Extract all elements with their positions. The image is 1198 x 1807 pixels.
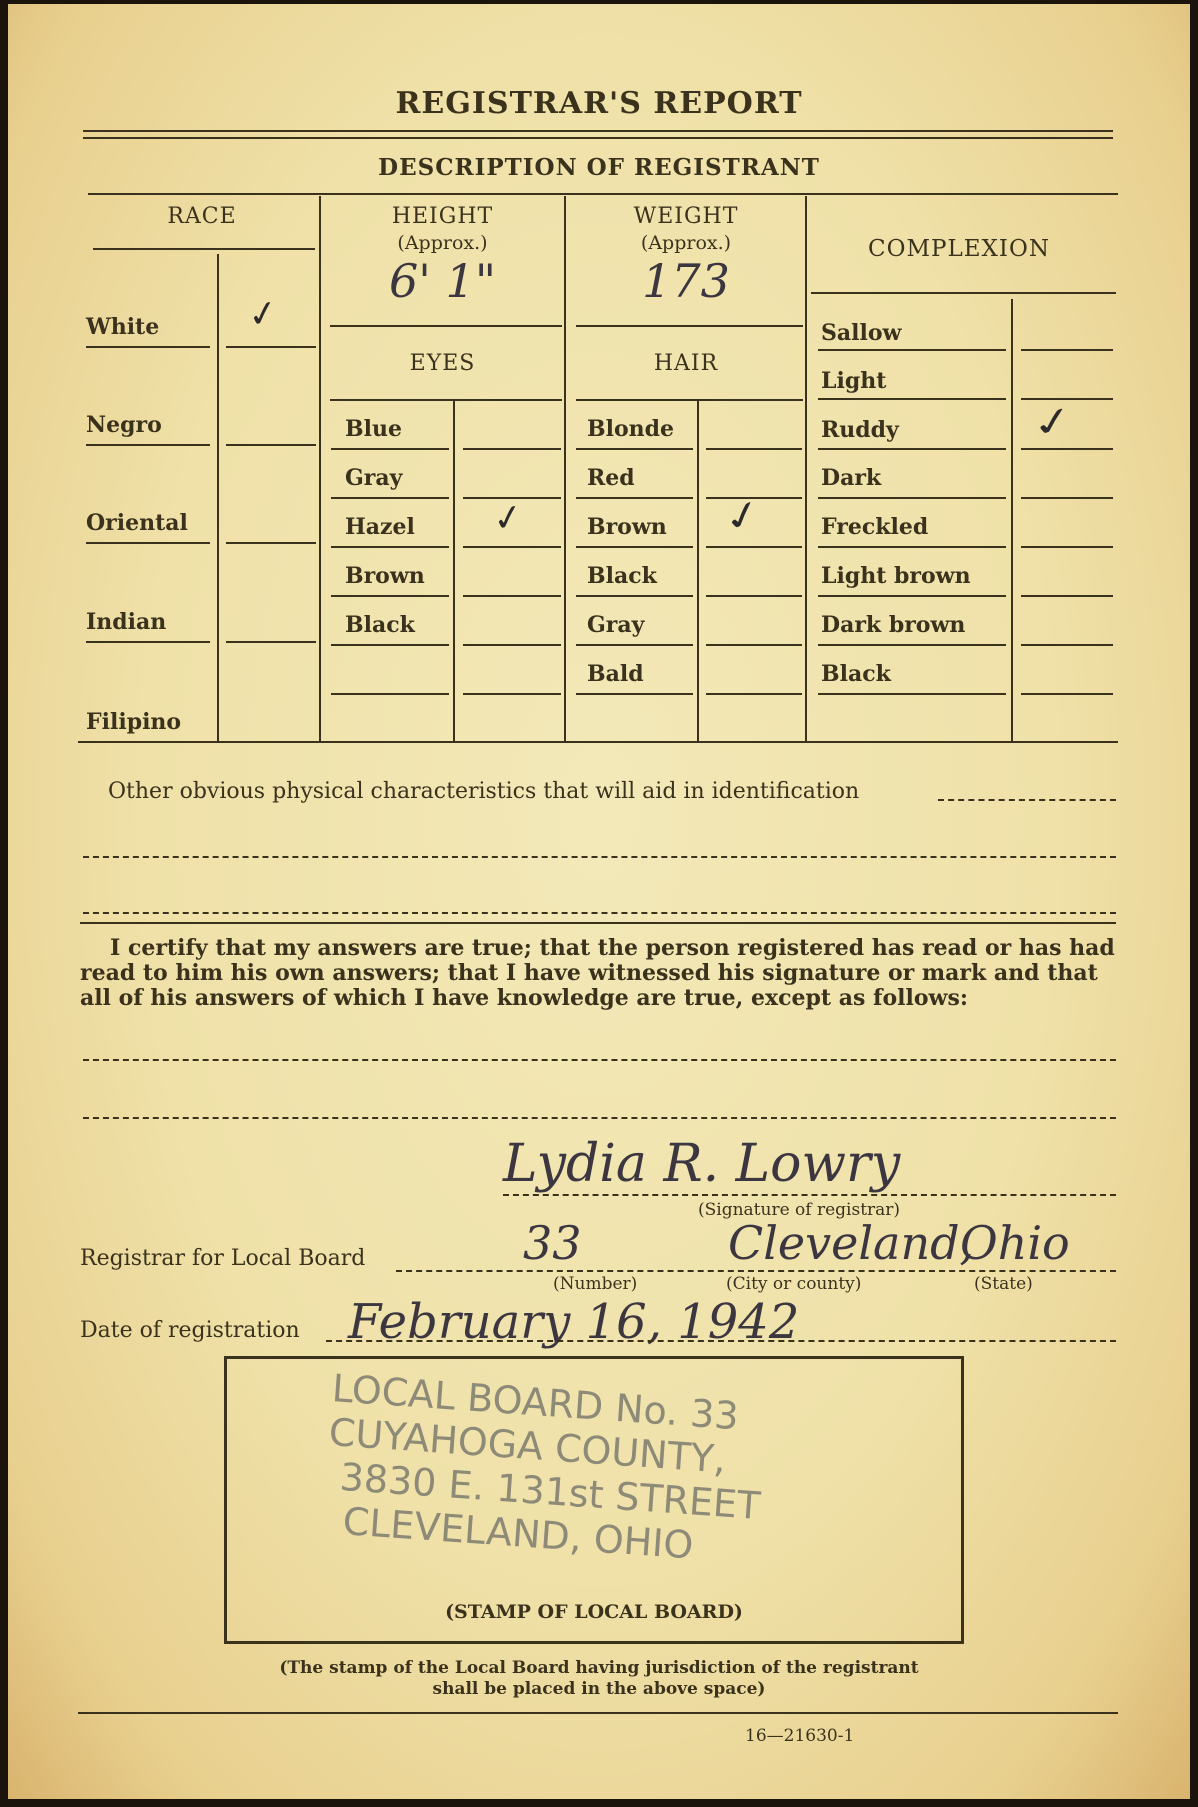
weight-rule bbox=[576, 325, 803, 327]
form-number: 16—21630-1 bbox=[745, 1726, 854, 1746]
race-option-negro: Negro bbox=[86, 412, 162, 438]
race-check-white[interactable]: ✓ bbox=[245, 292, 282, 338]
table-bottom-rule bbox=[78, 741, 1118, 743]
race-check-indian[interactable] bbox=[226, 641, 316, 643]
complexion-check-freckled[interactable] bbox=[1021, 546, 1113, 548]
height-heading: HEIGHT(Approx.) bbox=[321, 204, 564, 256]
hair-heading: HAIR bbox=[566, 351, 806, 377]
eyes-option-black: Black bbox=[345, 612, 415, 638]
other-characteristics-label: Other obvious physical characteristics t… bbox=[108, 779, 859, 804]
complexion-option-freckled: Freckled bbox=[821, 514, 928, 540]
race-heading: RACE bbox=[88, 204, 316, 230]
complexion-check-dark[interactable] bbox=[1021, 497, 1113, 499]
race-option-oriental: Oriental bbox=[86, 510, 188, 536]
other-characteristics-field[interactable] bbox=[938, 799, 1116, 801]
other-characteristics-line-3[interactable] bbox=[83, 912, 1116, 914]
stamp-caption: (STAMP OF LOCAL BOARD) bbox=[227, 1601, 961, 1623]
local-board-state[interactable]: Ohio bbox=[960, 1216, 1070, 1270]
race-heading-rule bbox=[93, 248, 315, 250]
exceptions-line-1[interactable] bbox=[83, 1059, 1116, 1061]
registration-card: REGISTRAR'S REPORT DESCRIPTION OF REGIST… bbox=[8, 4, 1190, 1799]
city-caption: (City or county) bbox=[726, 1274, 861, 1294]
divider-race-check bbox=[217, 254, 219, 741]
hair-check-gray[interactable] bbox=[706, 644, 802, 646]
eyes-heading: EYES bbox=[321, 351, 564, 377]
race-option-white: White bbox=[86, 314, 159, 340]
signature-line bbox=[503, 1194, 1116, 1196]
eyes-check-brown[interactable] bbox=[463, 595, 561, 597]
page-title: REGISTRAR'S REPORT bbox=[8, 86, 1190, 121]
weight-value[interactable]: 173 bbox=[566, 254, 806, 308]
hair-check-bald[interactable] bbox=[706, 693, 802, 695]
hair-option-gray: Gray bbox=[587, 612, 644, 638]
hair-option-red: Red bbox=[587, 465, 635, 491]
complexion-option-ruddy: Ruddy bbox=[821, 417, 899, 443]
complexion-check-black[interactable] bbox=[1021, 693, 1113, 695]
height-rule bbox=[330, 325, 562, 327]
complexion-check-sallow[interactable] bbox=[1021, 349, 1113, 351]
title-rule-bottom bbox=[83, 137, 1113, 139]
section-rule bbox=[80, 922, 1116, 924]
section-subtitle: DESCRIPTION OF REGISTRANT bbox=[8, 154, 1190, 181]
local-board-city[interactable]: Cleveland, bbox=[728, 1216, 974, 1270]
complexion-heading-rule bbox=[811, 292, 1116, 294]
race-option-indian: Indian bbox=[86, 609, 166, 635]
eyes-option-brown: Brown bbox=[345, 563, 425, 589]
eyes-check-hazel[interactable]: ✓ bbox=[490, 496, 527, 542]
registrar-signature[interactable]: Lydia R. Lowry bbox=[503, 1134, 900, 1194]
divider-eyes-check bbox=[453, 401, 455, 741]
title-rule-top bbox=[83, 130, 1113, 132]
complexion-option-sallow: Sallow bbox=[821, 320, 901, 346]
hair-option-blonde: Blonde bbox=[587, 416, 674, 442]
hair-check-black[interactable] bbox=[706, 595, 802, 597]
complexion-check-ruddy[interactable]: ✓ bbox=[1027, 397, 1078, 448]
eyes-check-black[interactable] bbox=[463, 644, 561, 646]
hair-option-brown: Brown bbox=[587, 514, 667, 540]
table-top-rule bbox=[88, 193, 1118, 195]
eyes-heading-rule bbox=[330, 399, 562, 401]
height-value[interactable]: 6' 1" bbox=[321, 254, 564, 308]
stamp-note: (The stamp of the Local Board having jur… bbox=[8, 1658, 1190, 1700]
race-check-negro[interactable] bbox=[226, 444, 316, 446]
divider-hair-check bbox=[697, 401, 699, 741]
number-caption: (Number) bbox=[553, 1274, 637, 1294]
local-board-number[interactable]: 33 bbox=[523, 1216, 582, 1270]
hair-option-black: Black bbox=[587, 563, 657, 589]
stamp-impression: LOCAL BOARD No. 33 CUYAHOGA COUNTY, 3830… bbox=[321, 1366, 767, 1572]
divider-complexion-check bbox=[1011, 299, 1013, 741]
local-board-line bbox=[396, 1270, 1116, 1272]
state-caption: (State) bbox=[974, 1274, 1033, 1294]
complexion-option-dark-brown: Dark brown bbox=[821, 612, 965, 638]
hair-check-blonde[interactable] bbox=[706, 448, 802, 450]
complexion-option-dark: Dark bbox=[821, 465, 881, 491]
complexion-check-dark-brown[interactable] bbox=[1021, 644, 1113, 646]
complexion-option-black: Black bbox=[821, 661, 891, 687]
eyes-option-blue: Blue bbox=[345, 416, 402, 442]
complexion-option-light: Light bbox=[821, 368, 886, 394]
eyes-check-blue[interactable] bbox=[463, 448, 561, 450]
hair-option-bald: Bald bbox=[587, 661, 644, 687]
registration-date-label: Date of registration bbox=[80, 1318, 300, 1343]
registration-date-line bbox=[326, 1340, 1116, 1342]
complexion-check-light-brown[interactable] bbox=[1021, 595, 1113, 597]
race-check-oriental[interactable] bbox=[226, 542, 316, 544]
stamp-box: LOCAL BOARD No. 33 CUYAHOGA COUNTY, 3830… bbox=[224, 1356, 964, 1644]
complexion-option-light-brown: Light brown bbox=[821, 563, 971, 589]
local-board-label: Registrar for Local Board bbox=[80, 1246, 365, 1271]
eyes-option-gray: Gray bbox=[345, 465, 402, 491]
footer-rule bbox=[78, 1712, 1118, 1714]
eyes-option-hazel: Hazel bbox=[345, 514, 415, 540]
exceptions-line-2[interactable] bbox=[83, 1117, 1116, 1119]
certification-text: I certify that my answers are true; that… bbox=[80, 936, 1120, 1011]
complexion-heading: COMPLEXION bbox=[808, 236, 1110, 262]
other-characteristics-line-2[interactable] bbox=[83, 856, 1116, 858]
weight-heading: WEIGHT(Approx.) bbox=[566, 204, 806, 256]
hair-heading-rule bbox=[576, 399, 803, 401]
race-option-filipino: Filipino bbox=[86, 709, 181, 735]
